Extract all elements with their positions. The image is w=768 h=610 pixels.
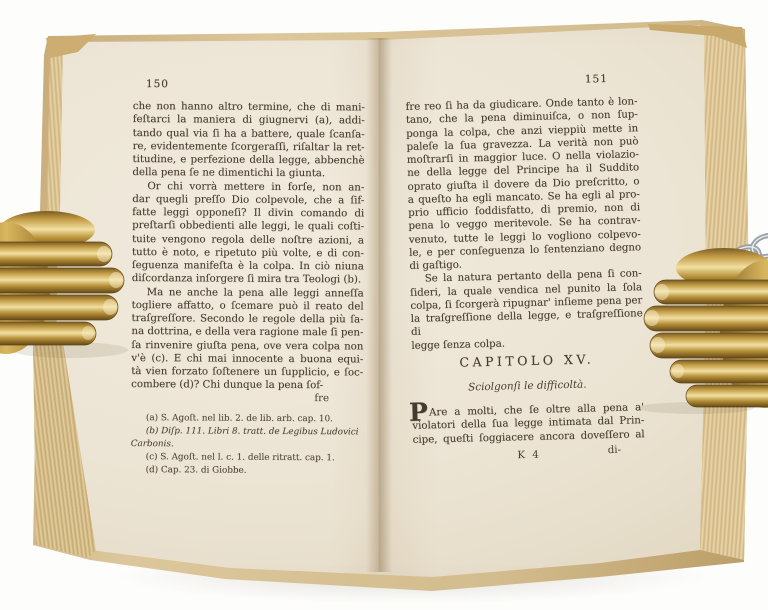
middle-finger — [644, 306, 768, 331]
text-line: na dottrina, e della vera ragione male ſ… — [131, 325, 363, 340]
text-line: tuite vengono regola delle noſtre azioni… — [132, 233, 364, 248]
little-finger — [0, 322, 96, 345]
ring-finger — [0, 295, 118, 320]
index-finger — [654, 280, 768, 304]
text-line: combere (d)? Chi dunque la pena ſof- — [131, 378, 363, 393]
text-line: Ma ne anche la pena alle leggi anneſſa — [132, 286, 364, 301]
right-page-number: 151 — [585, 73, 608, 86]
text-line: ſeguenza manifeſta è la colpa. In ciò ni… — [132, 259, 364, 274]
text-line: tando qual via ſi ha a battere, quale ſc… — [133, 127, 365, 142]
right-page-body: fre reo ſi ha da giudicare. Onde tanto è… — [405, 95, 643, 352]
left-page-catchword: fre — [131, 392, 363, 404]
chapter-subtitle: Sciolgonſi le difficoltà. — [409, 377, 645, 395]
chapter-first-paragraph: P Are a molti, che ſe oltre alla pena a'… — [412, 401, 645, 447]
left-page-footnotes: (a) S. Agoſt. nel lib. 2. de lib. arb. c… — [131, 412, 363, 478]
text-line: preſtarſi obbedienti alle leggi, le qual… — [132, 219, 364, 234]
text-line: (d) Cap. 23. di Giobbe. — [131, 464, 363, 478]
right-page-catchword: di- — [608, 445, 621, 456]
direction-line: K 4 di- — [413, 447, 645, 467]
text-line: fatte leggi opponeſi? Il divin comando d… — [132, 206, 364, 221]
chapter-heading: CAPITOLO XV. — [409, 350, 645, 371]
text-line: togliere affatto, o ſcemare può il reato… — [132, 299, 364, 314]
text-line: diſcordanza inſorgere ſi mira tra Teolog… — [132, 272, 364, 287]
text-line: titudine, e perfezione della legge, abbe… — [132, 153, 364, 168]
left-page-number: 150 — [146, 78, 169, 90]
text-line: re, evidentemente ſcorgeraſſi, riſaltar … — [133, 140, 365, 155]
right-page: 151 fre reo ſi ha da giudicare. Onde tan… — [402, 69, 648, 495]
text-line: tutto è noto, e ripetuto più volte, e di… — [132, 246, 364, 261]
photo-of-open-book: 150 che non hanno altro termine, che di … — [0, 0, 768, 610]
text-line: v'è (c). E chi mai innocente a buona equ… — [131, 352, 363, 367]
thumb — [686, 385, 768, 407]
text-line: traſgreſſore. Secondo le regole della pi… — [131, 312, 363, 327]
chapter-paragraph-lines: Are a molti, che ſe oltre alla pena a'vi… — [412, 401, 645, 447]
text-line: ſa rinvenire giuſta pena, ove vera colpa… — [131, 339, 363, 354]
text-line: Or chi vorrà mettere in forſe, non an- — [132, 180, 364, 195]
left-page: 150 che non hanno altro termine, che di … — [127, 78, 366, 499]
gilded-hand-left — [0, 206, 142, 358]
text-line: dar quegli preſſo Dio colpevole, che a ſ… — [132, 193, 364, 208]
left-page-body: che non hanno altro termine, che di mani… — [131, 100, 365, 393]
gutter-shadow — [366, 38, 392, 572]
little-finger — [670, 360, 768, 383]
text-line: della pena ſe ne dimentichi la giunta. — [132, 166, 364, 181]
text-line: feſtarci la maniera di giugnervi (a), ad… — [133, 113, 365, 128]
ring-finger — [650, 333, 768, 358]
text-line: tà vien forzato ſoſtenere un ſupplicio, … — [131, 365, 363, 380]
ornamental-initial: P — [409, 397, 429, 426]
gilded-hand-right — [624, 226, 768, 414]
middle-finger — [0, 268, 124, 293]
index-finger — [0, 242, 112, 266]
